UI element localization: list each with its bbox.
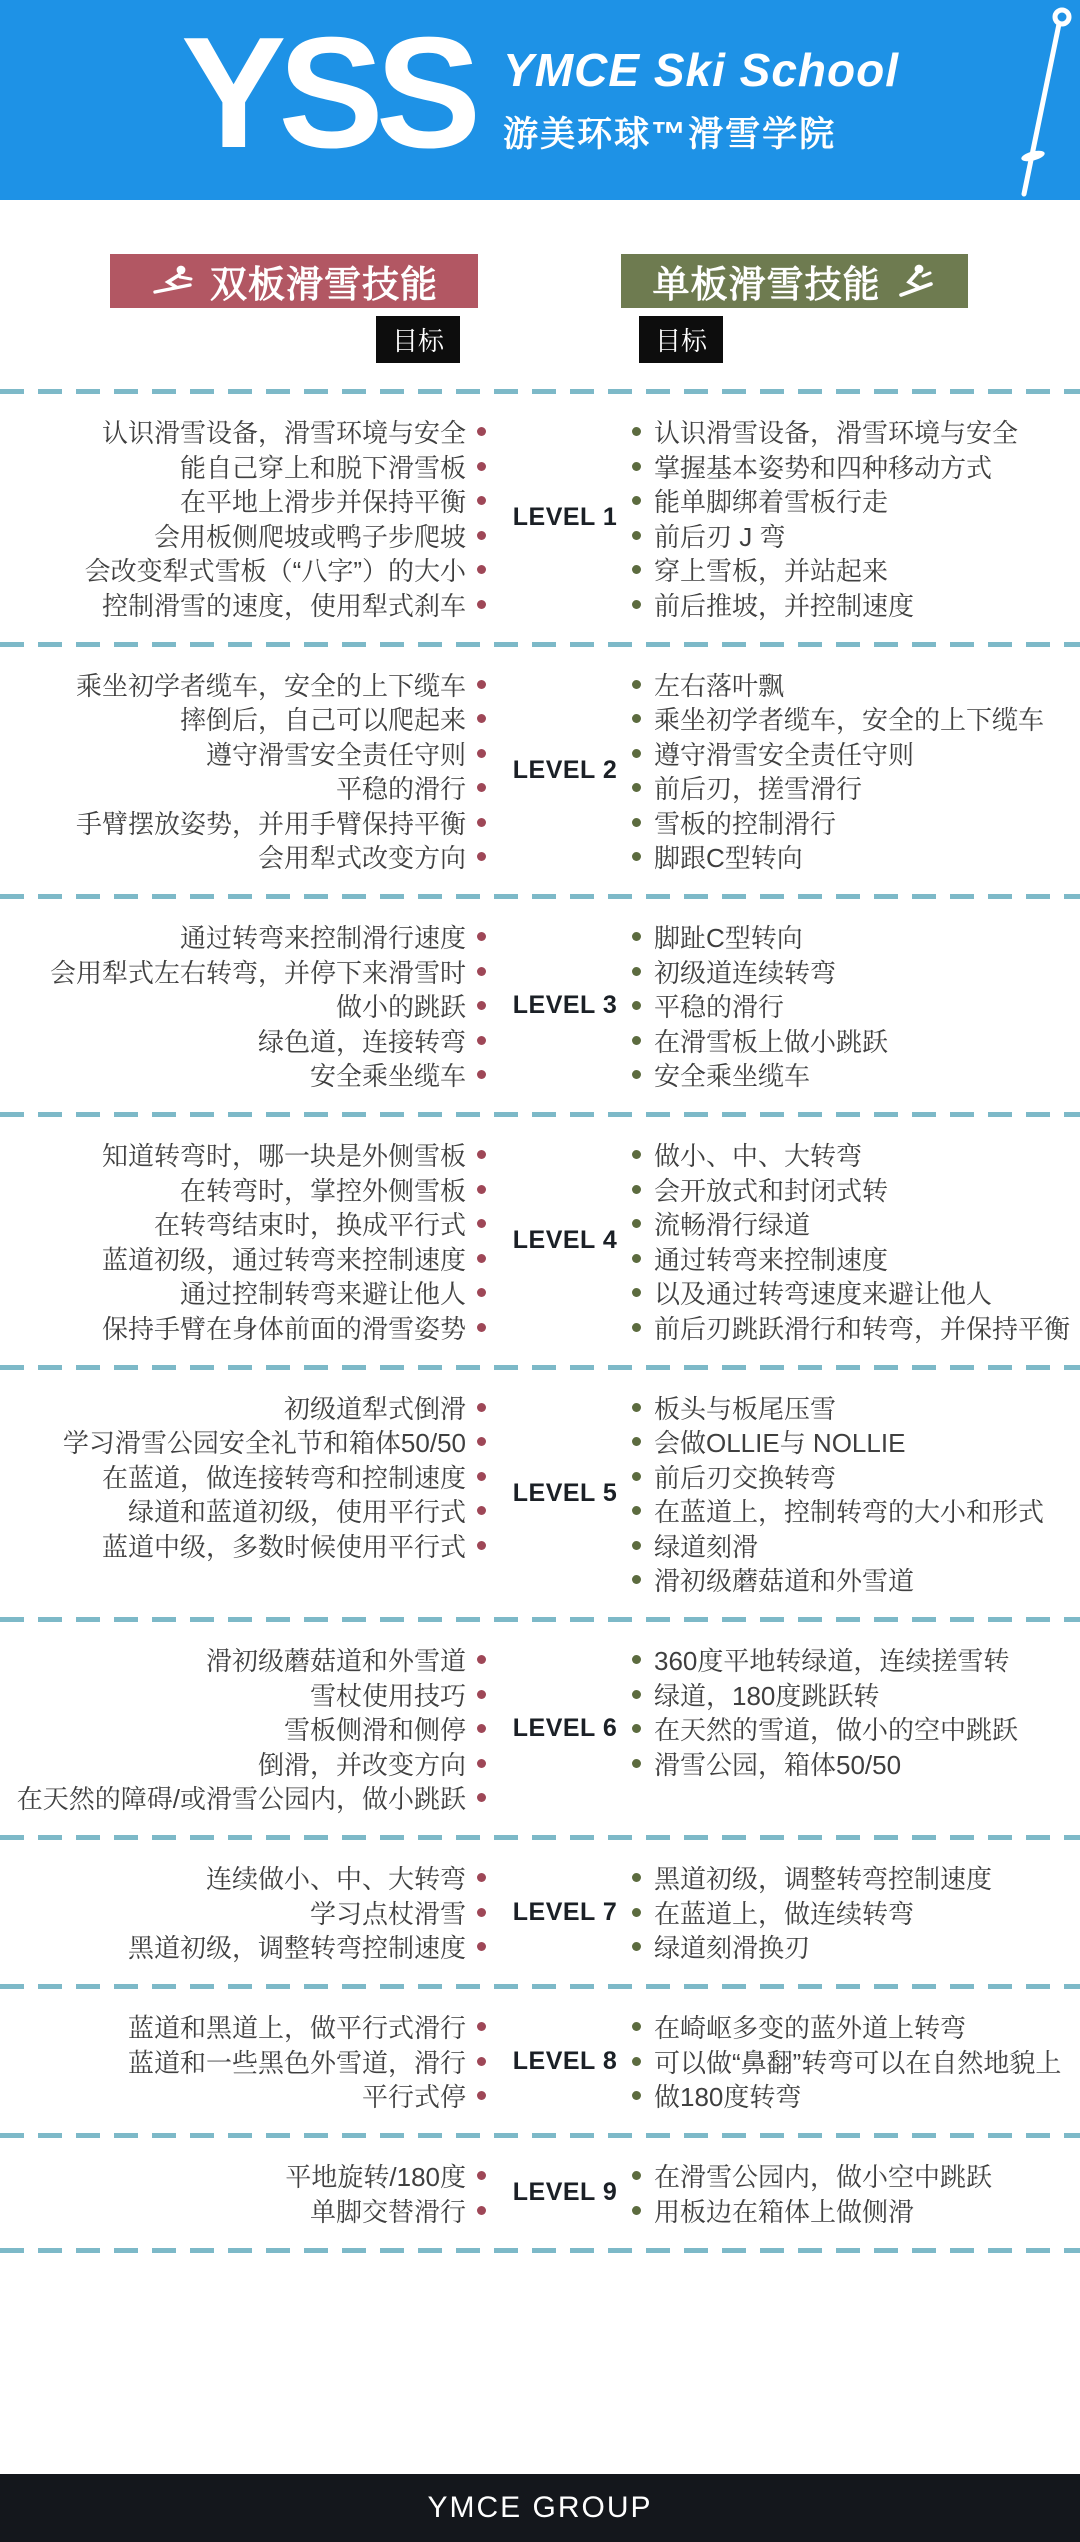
snowboard-skill-item: 滑雪公园，箱体50/50 (630, 1749, 1080, 1777)
snowboard-skill-text: 360度平地转绿道，连续搓雪转 (654, 1641, 1009, 1678)
bullet-icon (477, 1873, 486, 1882)
ski-skill-text: 绿道和蓝道初级，使用平行式 (128, 1492, 466, 1529)
snowboard-list: 做小、中、大转弯会开放式和封闭式转流畅滑行绿道通过转弯来控制速度以及通过转弯速度… (630, 1134, 1080, 1348)
snowboard-list: 黑道初级，调整转弯控制速度在蓝道上，做连续转弯绿道刻滑换刃 (630, 1857, 1080, 1967)
bullet-icon (477, 749, 486, 758)
ski-skill-text: 通过转弯来控制滑行速度 (180, 918, 466, 955)
ski-skill-item: 在蓝道，做连接转弯和控制速度 (0, 1462, 500, 1490)
column-gap (478, 316, 621, 363)
snowboard-skill-item: 平稳的滑行 (630, 992, 1080, 1020)
ski-skill-text: 雪板侧滑和侧停 (284, 1710, 466, 1747)
snowboard-skill-item: 做180度转弯 (630, 2082, 1080, 2110)
brand-subtitle: 游美环球™滑雪学院 (503, 107, 899, 157)
ski-skill-item: 手臂摆放姿势，并用手臂保持平衡 (0, 808, 500, 836)
snowboard-skill-text: 滑初级蘑菇道和外雪道 (654, 1561, 914, 1598)
bullet-icon (477, 462, 486, 471)
ski-skill-item: 蓝道和黑道上，做平行式滑行 (0, 2013, 500, 2041)
ski-skill-item: 平地旋转/180度 (0, 2162, 500, 2190)
snowboard-skill-item: 遵守滑雪安全责任守则 (630, 739, 1080, 767)
level-label: LEVEL 1 (500, 503, 630, 532)
bullet-icon (632, 1873, 641, 1882)
ski-skill-item: 雪板侧滑和侧停 (0, 1715, 500, 1743)
bullet-icon (477, 1690, 486, 1699)
bullet-icon (477, 1506, 486, 1515)
levels: 认识滑雪设备，滑雪环境与安全能自己穿上和脱下滑雪板在平地上滑步并保持平衡会用板侧… (0, 389, 1080, 2253)
ski-skill-text: 在天然的障碍/或滑雪公园内，做小跳跃 (17, 1779, 466, 1816)
snowboard-skill-text: 黑道初级，调整转弯控制速度 (654, 1859, 992, 1896)
snowboard-skill-item: 雪板的控制滑行 (630, 808, 1080, 836)
snowboard-skill-item: 360度平地转绿道，连续搓雪转 (630, 1646, 1080, 1674)
bullet-icon (477, 1323, 486, 1332)
bullet-icon (632, 462, 641, 471)
ski-list: 蓝道和黑道上，做平行式滑行蓝道和一些黑色外雪道，滑行平行式停 (0, 2006, 500, 2116)
ski-skill-item: 雪杖使用技巧 (0, 1680, 500, 1708)
snowboard-skill-text: 左右落叶飘 (654, 666, 784, 703)
ski-skill-text: 单脚交替滑行 (310, 2192, 466, 2229)
ski-skill-text: 做小的跳跃 (336, 987, 466, 1024)
ski-list: 平地旋转/180度单脚交替滑行 (0, 2155, 500, 2231)
snowboard-skill-text: 做180度转弯 (654, 2077, 801, 2114)
snowboard-list: 在滑雪公园内，做小空中跳跃用板边在箱体上做侧滑 (630, 2155, 1080, 2231)
snowboard-skill-item: 滑初级蘑菇道和外雪道 (630, 1566, 1080, 1594)
bullet-icon (477, 1036, 486, 1045)
bullet-icon (632, 1724, 641, 1733)
ski-skill-item: 保持手臂在身体前面的滑雪姿势 (0, 1313, 500, 1341)
bullet-icon (477, 680, 486, 689)
ski-skill-item: 会用板侧爬坡或鸭子步爬坡 (0, 521, 500, 549)
bullet-icon (632, 2171, 641, 2180)
bullet-icon (632, 1942, 641, 1951)
snowboard-skill-item: 会做OLLIE与 NOLLIE (630, 1428, 1080, 1456)
ski-skill-item: 在转弯结束时，换成平行式 (0, 1210, 500, 1238)
snowboard-skill-item: 黑道初级，调整转弯控制速度 (630, 1864, 1080, 1892)
snowboard-skill-item: 能单脚绑着雪板行走 (630, 487, 1080, 515)
ski-skill-text: 摔倒后，自己可以爬起来 (180, 700, 466, 737)
bullet-icon (632, 2057, 641, 2066)
bullet-icon (477, 565, 486, 574)
level-label: LEVEL 6 (500, 1714, 630, 1743)
snowboard-skill-item: 穿上雪板，并站起来 (630, 556, 1080, 584)
level-label: LEVEL 8 (500, 2047, 630, 2076)
ski-skill-text: 连续做小、中、大转弯 (206, 1859, 466, 1896)
ski-list: 乘坐初学者缆车，安全的上下缆车摔倒后，自己可以爬起来遵守滑雪安全责任守则平稳的滑… (0, 664, 500, 878)
bullet-icon (632, 1036, 641, 1045)
snowboard-list: 板头与板尾压雪会做OLLIE与 NOLLIE前后刃交换转弯在蓝道上，控制转弯的大… (630, 1387, 1080, 1601)
bullet-icon (477, 1472, 486, 1481)
bullet-icon (632, 680, 641, 689)
ski-skill-item: 单脚交替滑行 (0, 2196, 500, 2224)
ski-skill-item: 在天然的障碍/或滑雪公园内，做小跳跃 (0, 1784, 500, 1812)
bullet-icon (632, 1506, 641, 1515)
level-label: LEVEL 5 (500, 1479, 630, 1508)
column-title-ski: 双板滑雪技能 (210, 254, 438, 308)
snowboard-skill-item: 前后刃，搓雪滑行 (630, 774, 1080, 802)
bullet-icon (477, 2022, 486, 2031)
bullet-icon (632, 1759, 641, 1768)
bullet-icon (632, 1690, 641, 1699)
bullet-icon (477, 932, 486, 941)
ski-skill-item: 学习点杖滑雪 (0, 1898, 500, 1926)
bullet-icon (632, 1185, 641, 1194)
snowboard-skill-text: 在蓝道上，控制转弯的大小和形式 (654, 1492, 1044, 1529)
ski-skill-text: 学习点杖滑雪 (310, 1894, 466, 1931)
goal-badge-snowboard: 目标 (639, 316, 723, 363)
snowboard-skill-text: 雪板的控制滑行 (654, 804, 836, 841)
snowboard-skill-text: 在滑雪板上做小跳跃 (654, 1022, 888, 1059)
bullet-icon (632, 783, 641, 792)
level-label: LEVEL 4 (500, 1226, 630, 1255)
snowboard-skill-text: 在滑雪公园内，做小空中跳跃 (654, 2157, 992, 2194)
ski-skill-text: 控制滑雪的速度，使用犁式刹车 (102, 586, 466, 623)
ski-skill-item: 会改变犁式雪板（“八字”）的大小 (0, 556, 500, 584)
bullet-icon (632, 1403, 641, 1412)
snowboard-skill-text: 绿道刻滑 (654, 1527, 758, 1564)
ski-skill-item: 平稳的滑行 (0, 774, 500, 802)
snowboard-skill-item: 在蓝道上，做连续转弯 (630, 1898, 1080, 1926)
snowboard-skill-text: 前后推坡，并控制速度 (654, 586, 914, 623)
snowboard-skill-text: 脚跟C型转向 (654, 838, 803, 875)
bullet-icon (477, 1793, 486, 1802)
ski-skill-item: 倒滑，并改变方向 (0, 1749, 500, 1777)
ski-skill-text: 蓝道和黑道上，做平行式滑行 (128, 2008, 466, 2045)
goal-badge-cell-ski: 目标 (110, 316, 478, 363)
ski-skill-item: 蓝道初级，通过转弯来控制速度 (0, 1244, 500, 1272)
bullet-icon (632, 1323, 641, 1332)
snowboard-skill-item: 绿道刻滑换刃 (630, 1933, 1080, 1961)
ski-skill-item: 学习滑雪公园安全礼节和箱体50/50 (0, 1428, 500, 1456)
snowboard-skill-item: 在天然的雪道，做小的空中跳跃 (630, 1715, 1080, 1743)
ski-skill-text: 蓝道初级，通过转弯来控制速度 (102, 1240, 466, 1277)
ski-skill-text: 会用犁式改变方向 (258, 838, 466, 875)
ski-skill-item: 知道转弯时，哪一块是外侧雪板 (0, 1141, 500, 1169)
bullet-icon (632, 600, 641, 609)
bullet-icon (632, 1655, 641, 1664)
snowboard-list: 360度平地转绿道，连续搓雪转绿道，180度跳跃转在天然的雪道，做小的空中跳跃滑… (630, 1639, 1080, 1784)
snowboard-list: 认识滑雪设备，滑雪环境与安全掌握基本姿势和四种移动方式能单脚绑着雪板行走前后刃 … (630, 411, 1080, 625)
bullet-icon (632, 1437, 641, 1446)
snowboard-skill-text: 遵守滑雪安全责任守则 (654, 735, 914, 772)
snowboard-skill-text: 绿道刻滑换刃 (654, 1928, 810, 1965)
bullet-icon (632, 427, 641, 436)
level-label: LEVEL 3 (500, 991, 630, 1020)
level-row: 认识滑雪设备，滑雪环境与安全能自己穿上和脱下滑雪板在平地上滑步并保持平衡会用板侧… (0, 394, 1080, 642)
level-label: LEVEL 2 (500, 756, 630, 785)
bullet-icon (632, 1472, 641, 1481)
ski-skill-text: 认识滑雪设备，滑雪环境与安全 (102, 413, 466, 450)
brand-block: YMCE Ski School 游美环球™滑雪学院 (503, 43, 899, 157)
ski-skill-text: 能自己穿上和脱下滑雪板 (180, 448, 466, 485)
snowboard-skill-text: 做小、中、大转弯 (654, 1136, 862, 1173)
snowboard-skill-text: 以及通过转弯速度来避让他人 (654, 1274, 992, 1311)
snowboard-skill-text: 前后刃，搓雪滑行 (654, 769, 862, 806)
snowboard-skill-item: 前后刃跳跃滑行和转弯，并保持平衡 (630, 1313, 1080, 1341)
ski-skill-text: 平行式停 (362, 2077, 466, 2114)
bullet-icon (477, 427, 486, 436)
snowboard-skill-text: 在蓝道上，做连续转弯 (654, 1894, 914, 1931)
snowboard-skill-item: 绿道刻滑 (630, 1531, 1080, 1559)
ski-skill-text: 会用板侧爬坡或鸭子步爬坡 (154, 517, 466, 554)
ski-skill-text: 黑道初级，调整转弯控制速度 (128, 1928, 466, 1965)
bullet-icon (632, 565, 641, 574)
snowboard-skill-text: 前后刃跳跃滑行和转弯，并保持平衡 (654, 1309, 1070, 1346)
level-row: 平地旋转/180度单脚交替滑行 LEVEL 9 在滑雪公园内，做小空中跳跃用板边… (0, 2138, 1080, 2248)
bullet-icon (477, 1070, 486, 1079)
ski-list: 通过转弯来控制滑行速度会用犁式左右转弯，并停下来滑雪时做小的跳跃绿色道，连接转弯… (0, 916, 500, 1095)
ski-skill-item: 黑道初级，调整转弯控制速度 (0, 1933, 500, 1961)
bullet-icon (477, 1219, 486, 1228)
ski-skill-item: 通过转弯来控制滑行速度 (0, 923, 500, 951)
snowboard-skill-text: 会做OLLIE与 NOLLIE (654, 1423, 905, 1460)
snowboard-skill-item: 在滑雪公园内，做小空中跳跃 (630, 2162, 1080, 2190)
ski-list: 初级道犁式倒滑学习滑雪公园安全礼节和箱体50/50在蓝道，做连接转弯和控制速度绿… (0, 1387, 500, 1566)
snowboard-skill-text: 在天然的雪道，做小的空中跳跃 (654, 1710, 1018, 1747)
bullet-icon (477, 496, 486, 505)
snowboard-skill-text: 前后刃 J 弯 (654, 517, 785, 554)
bullet-icon (632, 818, 641, 827)
bullet-icon (632, 1288, 641, 1297)
ski-skill-item: 在转弯时，掌控外侧雪板 (0, 1175, 500, 1203)
bullet-icon (632, 1219, 641, 1228)
ski-skill-text: 在转弯结束时，换成平行式 (154, 1205, 466, 1242)
bullet-icon (477, 1437, 486, 1446)
pre-footer-space (0, 2253, 1080, 2475)
bullet-icon (632, 967, 641, 976)
ski-skill-text: 通过控制转弯来避让他人 (180, 1274, 466, 1311)
ski-skill-item: 平行式停 (0, 2082, 500, 2110)
bullet-icon (477, 2171, 486, 2180)
snowboard-skill-item: 通过转弯来控制速度 (630, 1244, 1080, 1272)
bullet-icon (477, 1288, 486, 1297)
bullet-icon (477, 1403, 486, 1412)
ski-skill-text: 学习滑雪公园安全礼节和箱体50/50 (63, 1423, 466, 1460)
snowboard-skill-text: 流畅滑行绿道 (654, 1205, 810, 1242)
snowboard-skill-text: 在崎岖多变的蓝外道上转弯 (654, 2008, 966, 2045)
level-row: 乘坐初学者缆车，安全的上下缆车摔倒后，自己可以爬起来遵守滑雪安全责任守则平稳的滑… (0, 647, 1080, 895)
ski-skill-item: 绿色道，连接转弯 (0, 1026, 500, 1054)
ski-skill-item: 会用犁式左右转弯，并停下来滑雪时 (0, 957, 500, 985)
bullet-icon (477, 967, 486, 976)
goal-badge-ski: 目标 (376, 316, 460, 363)
ski-list: 连续做小、中、大转弯学习点杖滑雪黑道初级，调整转弯控制速度 (0, 1857, 500, 1967)
ski-skill-text: 乘坐初学者缆车，安全的上下缆车 (76, 666, 466, 703)
snowboard-skill-item: 会开放式和封闭式转 (630, 1175, 1080, 1203)
snowboard-skill-text: 绿道，180度跳跃转 (654, 1676, 879, 1713)
bullet-icon (632, 852, 641, 861)
snowboard-skill-text: 滑雪公园，箱体50/50 (654, 1745, 901, 1782)
level-row: 连续做小、中、大转弯学习点杖滑雪黑道初级，调整转弯控制速度 LEVEL 7 黑道… (0, 1840, 1080, 1984)
ski-skill-item: 在平地上滑步并保持平衡 (0, 487, 500, 515)
level-row: 通过转弯来控制滑行速度会用犁式左右转弯，并停下来滑雪时做小的跳跃绿色道，连接转弯… (0, 899, 1080, 1112)
snowboard-skill-item: 脚跟C型转向 (630, 843, 1080, 871)
level-label: LEVEL 7 (500, 1898, 630, 1927)
ski-skill-item: 遵守滑雪安全责任守则 (0, 739, 500, 767)
snowboard-skill-item: 在蓝道上，控制转弯的大小和形式 (630, 1497, 1080, 1525)
bullet-icon (477, 714, 486, 723)
snowboard-skill-item: 流畅滑行绿道 (630, 1210, 1080, 1238)
snowboard-list: 在崎岖多变的蓝外道上转弯可以做“鼻翻”转弯可以在自然地貌上做180度转弯 (630, 2006, 1080, 2116)
snowboard-skill-item: 用板边在箱体上做侧滑 (630, 2196, 1080, 2224)
column-headers: 双板滑雪技能 单板滑雪技能 (110, 254, 1080, 308)
bullet-icon (632, 1254, 641, 1263)
bullet-icon (477, 1908, 486, 1917)
snowboard-skill-text: 平稳的滑行 (654, 987, 784, 1024)
snowboard-skill-text: 板头与板尾压雪 (654, 1389, 836, 1426)
page: YSS YMCE Ski School 游美环球™滑雪学院 双板滑雪技能 单板滑… (0, 0, 1080, 2542)
snowboard-skill-item: 以及通过转弯速度来避让他人 (630, 1279, 1080, 1307)
snowboard-skill-text: 掌握基本姿势和四种移动方式 (654, 448, 992, 485)
ski-skill-text: 初级道犁式倒滑 (284, 1389, 466, 1426)
bullet-icon (477, 1655, 486, 1664)
level-row: 知道转弯时，哪一块是外侧雪板在转弯时，掌控外侧雪板在转弯结束时，换成平行式蓝道初… (0, 1117, 1080, 1365)
snowboard-skill-item: 乘坐初学者缆车，安全的上下缆车 (630, 705, 1080, 733)
snowboard-skill-item: 板头与板尾压雪 (630, 1393, 1080, 1421)
bullet-icon (632, 1541, 641, 1550)
ski-skill-item: 会用犁式改变方向 (0, 843, 500, 871)
bullet-icon (632, 1070, 641, 1079)
column-header-snowboard: 单板滑雪技能 (621, 254, 968, 308)
ski-skill-item: 安全乘坐缆车 (0, 1061, 500, 1089)
yss-logo: YSS (181, 22, 473, 178)
snowboard-skill-item: 脚趾C型转向 (630, 923, 1080, 951)
snowboard-skill-text: 通过转弯来控制速度 (654, 1240, 888, 1277)
bullet-icon (477, 2206, 486, 2215)
snowboard-skill-item: 在滑雪板上做小跳跃 (630, 1026, 1080, 1054)
snowboard-list: 左右落叶飘乘坐初学者缆车，安全的上下缆车遵守滑雪安全责任守则前后刃，搓雪滑行雪板… (630, 664, 1080, 878)
level-row: 蓝道和黑道上，做平行式滑行蓝道和一些黑色外雪道，滑行平行式停 LEVEL 8 在… (0, 1989, 1080, 2133)
column-gap (478, 254, 621, 308)
ski-list: 知道转弯时，哪一块是外侧雪板在转弯时，掌控外侧雪板在转弯结束时，换成平行式蓝道初… (0, 1134, 500, 1348)
snowboard-skill-item: 左右落叶飘 (630, 670, 1080, 698)
ski-skill-item: 摔倒后，自己可以爬起来 (0, 705, 500, 733)
snowboard-skill-text: 能单脚绑着雪板行走 (654, 482, 888, 519)
snowboard-skill-text: 会开放式和封闭式转 (654, 1171, 888, 1208)
snowboard-skill-item: 前后刃交换转弯 (630, 1462, 1080, 1490)
snowboard-skill-item: 掌握基本姿势和四种移动方式 (630, 452, 1080, 480)
bullet-icon (632, 2206, 641, 2215)
snowboard-skill-text: 认识滑雪设备，滑雪环境与安全 (654, 413, 1018, 450)
bullet-icon (632, 749, 641, 758)
snowboard-skill-text: 前后刃交换转弯 (654, 1458, 836, 1495)
ski-skill-item: 绿道和蓝道初级，使用平行式 (0, 1497, 500, 1525)
bullet-icon (632, 531, 641, 540)
snowboard-skill-item: 做小、中、大转弯 (630, 1141, 1080, 1169)
ski-skill-item: 能自己穿上和脱下滑雪板 (0, 452, 500, 480)
bullet-icon (632, 932, 641, 941)
ski-skill-item: 滑初级蘑菇道和外雪道 (0, 1646, 500, 1674)
ski-skill-item: 蓝道和一些黑色外雪道，滑行 (0, 2047, 500, 2075)
brand-title: YMCE Ski School (503, 43, 899, 97)
snowboard-skill-item: 认识滑雪设备，滑雪环境与安全 (630, 418, 1080, 446)
snowboard-list: 脚趾C型转向初级道连续转弯平稳的滑行在滑雪板上做小跳跃安全乘坐缆车 (630, 916, 1080, 1095)
bullet-icon (477, 1254, 486, 1263)
bullet-icon (477, 600, 486, 609)
ski-skill-text: 滑初级蘑菇道和外雪道 (206, 1641, 466, 1678)
bullet-icon (632, 714, 641, 723)
snowboard-skill-text: 可以做“鼻翻”转弯可以在自然地貌上 (654, 2043, 1061, 2080)
snowboard-skill-text: 乘坐初学者缆车，安全的上下缆车 (654, 700, 1044, 737)
ski-skill-item: 控制滑雪的速度，使用犁式刹车 (0, 590, 500, 618)
ski-skill-text: 蓝道中级，多数时候使用平行式 (102, 1527, 466, 1564)
snowboard-skill-text: 脚趾C型转向 (654, 918, 803, 955)
ski-skill-item: 连续做小、中、大转弯 (0, 1864, 500, 1892)
ski-skill-item: 通过控制转弯来避让他人 (0, 1279, 500, 1307)
bullet-icon (477, 1541, 486, 1550)
bullet-icon (632, 2091, 641, 2100)
snowboard-skill-item: 安全乘坐缆车 (630, 1061, 1080, 1089)
ski-skill-text: 保持手臂在身体前面的滑雪姿势 (102, 1309, 466, 1346)
column-title-snowboard: 单板滑雪技能 (653, 254, 881, 308)
footer-text: YMCE GROUP (427, 2491, 652, 2525)
ski-list: 滑初级蘑菇道和外雪道雪杖使用技巧雪板侧滑和侧停倒滑，并改变方向在天然的障碍/或滑… (0, 1639, 500, 1818)
ski-skill-item: 乘坐初学者缆车，安全的上下缆车 (0, 670, 500, 698)
ski-skill-text: 平稳的滑行 (336, 769, 466, 806)
ski-skill-item: 做小的跳跃 (0, 992, 500, 1020)
ski-skill-item: 认识滑雪设备，滑雪环境与安全 (0, 418, 500, 446)
ski-skill-text: 绿色道，连接转弯 (258, 1022, 466, 1059)
ski-skill-item: 初级道犁式倒滑 (0, 1393, 500, 1421)
snowboard-skill-text: 安全乘坐缆车 (654, 1056, 810, 1093)
bullet-icon (477, 531, 486, 540)
snowboard-skill-item: 前后推坡，并控制速度 (630, 590, 1080, 618)
goal-badge-cell-snowboard: 目标 (621, 316, 968, 363)
ski-skill-text: 在平地上滑步并保持平衡 (180, 482, 466, 519)
snowboard-skill-text: 穿上雪板，并站起来 (654, 551, 888, 588)
snowboard-skill-item: 在崎岖多变的蓝外道上转弯 (630, 2013, 1080, 2041)
bullet-icon (477, 852, 486, 861)
snowboard-skill-item: 前后刃 J 弯 (630, 521, 1080, 549)
snowboarder-icon (895, 263, 937, 299)
level-label: LEVEL 9 (500, 2178, 630, 2207)
bullet-icon (477, 1185, 486, 1194)
ski-skill-text: 在蓝道，做连接转弯和控制速度 (102, 1458, 466, 1495)
skier-icon (150, 264, 196, 298)
ski-skill-text: 雪杖使用技巧 (310, 1676, 466, 1713)
footer: YMCE GROUP (0, 2474, 1080, 2542)
bullet-icon (477, 783, 486, 792)
ski-pole-icon (986, 4, 1078, 198)
snowboard-skill-text: 用板边在箱体上做侧滑 (654, 2192, 914, 2229)
bullet-icon (632, 1001, 641, 1010)
ski-skill-text: 倒滑，并改变方向 (258, 1745, 466, 1782)
bullet-icon (632, 1575, 641, 1584)
bullet-icon (477, 818, 486, 827)
ski-skill-text: 会改变犁式雪板（“八字”）的大小 (85, 551, 466, 588)
level-row: 初级道犁式倒滑学习滑雪公园安全礼节和箱体50/50在蓝道，做连接转弯和控制速度绿… (0, 1370, 1080, 1618)
ski-skill-text: 在转弯时，掌控外侧雪板 (180, 1171, 466, 1208)
ski-skill-text: 安全乘坐缆车 (310, 1056, 466, 1093)
level-row: 滑初级蘑菇道和外雪道雪杖使用技巧雪板侧滑和侧停倒滑，并改变方向在天然的障碍/或滑… (0, 1622, 1080, 1835)
ski-skill-text: 手臂摆放姿势，并用手臂保持平衡 (76, 804, 466, 841)
ski-skill-text: 会用犁式左右转弯，并停下来滑雪时 (50, 953, 466, 990)
bullet-icon (632, 1150, 641, 1159)
header: YSS YMCE Ski School 游美环球™滑雪学院 (0, 0, 1080, 200)
snowboard-skill-text: 初级道连续转弯 (654, 953, 836, 990)
bullet-icon (477, 1724, 486, 1733)
bullet-icon (477, 2057, 486, 2066)
snowboard-skill-item: 可以做“鼻翻”转弯可以在自然地貌上 (630, 2047, 1080, 2075)
snowboard-skill-item: 初级道连续转弯 (630, 957, 1080, 985)
bullet-icon (477, 1001, 486, 1010)
bullet-icon (632, 496, 641, 505)
snowboard-skill-item: 绿道，180度跳跃转 (630, 1680, 1080, 1708)
bullet-icon (477, 1942, 486, 1951)
bullet-icon (632, 1908, 641, 1917)
ski-skill-text: 知道转弯时，哪一块是外侧雪板 (102, 1136, 466, 1173)
bullet-icon (477, 1759, 486, 1768)
ski-skill-text: 平地旋转/180度 (285, 2157, 466, 2194)
column-header-ski: 双板滑雪技能 (110, 254, 478, 308)
goal-badges-row: 目标 目标 (110, 316, 1080, 363)
